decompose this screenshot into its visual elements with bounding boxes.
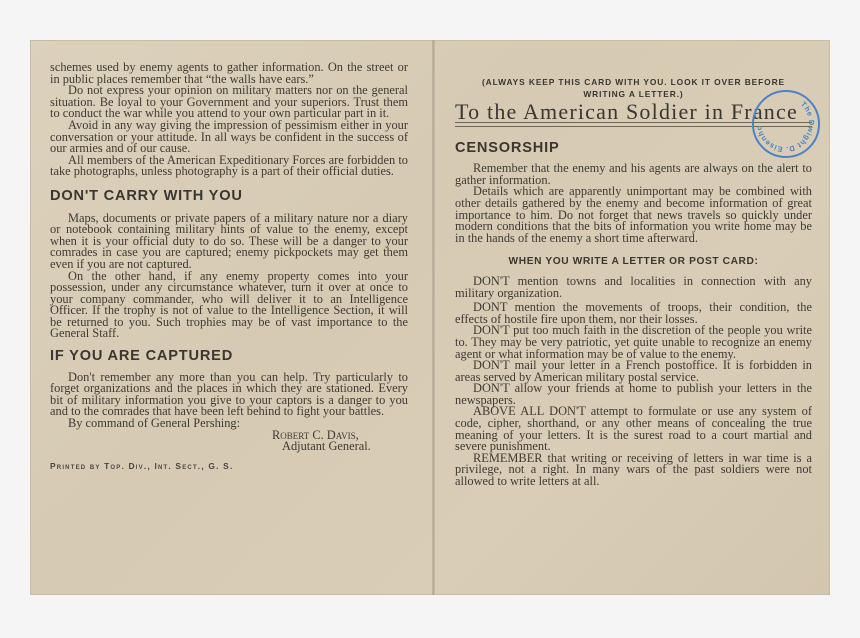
- signature-block: Robert C. Davis, Adjutant General.: [50, 430, 408, 453]
- keep-card-note-line1: (ALWAYS KEEP THIS CARD WITH YOU. LOOK IT…: [455, 76, 812, 88]
- intro-paragraph: Avoid in any way giving the impression o…: [50, 120, 408, 155]
- censorship-paragraph: Remember that the enemy and his agents a…: [455, 163, 812, 186]
- censorship-paragraph: Details which are apparently unimportant…: [455, 186, 812, 244]
- wwi-soldier-card: schemes used by enemy agents to gather i…: [30, 40, 830, 595]
- letter-rule: DON'T put too much faith in the discreti…: [455, 325, 812, 360]
- left-panel: schemes used by enemy agents to gather i…: [50, 40, 408, 595]
- dont-carry-paragraph: On the other hand, if any enemy property…: [50, 271, 408, 341]
- intro-paragraph: All members of the American Expeditionar…: [50, 155, 408, 178]
- letter-rule: REMEMBER that writing or receiving of le…: [455, 453, 812, 488]
- letter-rule: ABOVE ALL DON'T attempt to formulate or …: [455, 406, 812, 452]
- dont-carry-paragraph: Maps, documents or private papers of a m…: [50, 213, 408, 271]
- letter-rule: DON'T mail your letter in a French posto…: [455, 360, 812, 383]
- library-stamp-icon: The Dwight D. Eisenhower Library: [752, 90, 820, 158]
- signature-title: Adjutant General.: [272, 441, 408, 453]
- section-heading-letter-rules: WHEN YOU WRITE A LETTER OR POST CARD:: [455, 256, 812, 268]
- captured-paragraph: Don't remember any more than you can hel…: [50, 372, 408, 418]
- card-fold-crease: [432, 40, 435, 595]
- letter-rule: DON'T mention towns and localities in co…: [455, 276, 812, 299]
- intro-paragraph: schemes used by enemy agents to gather i…: [50, 62, 408, 85]
- section-heading-captured: IF YOU ARE CAPTURED: [50, 351, 408, 363]
- printed-by-line: Printed by Top. Div., Int. Sect., G. S.: [50, 461, 408, 473]
- letter-rule: DONT mention the movements of troops, th…: [455, 302, 812, 325]
- letter-rule: DON'T allow your friends at home to publ…: [455, 383, 812, 406]
- section-heading-dont-carry: DON'T CARRY WITH YOU: [50, 191, 408, 203]
- svg-text:The Dwight D. Eisenhower Libra: The Dwight D. Eisenhower Library: [751, 89, 816, 154]
- intro-paragraph: Do not express your opinion on military …: [50, 85, 408, 120]
